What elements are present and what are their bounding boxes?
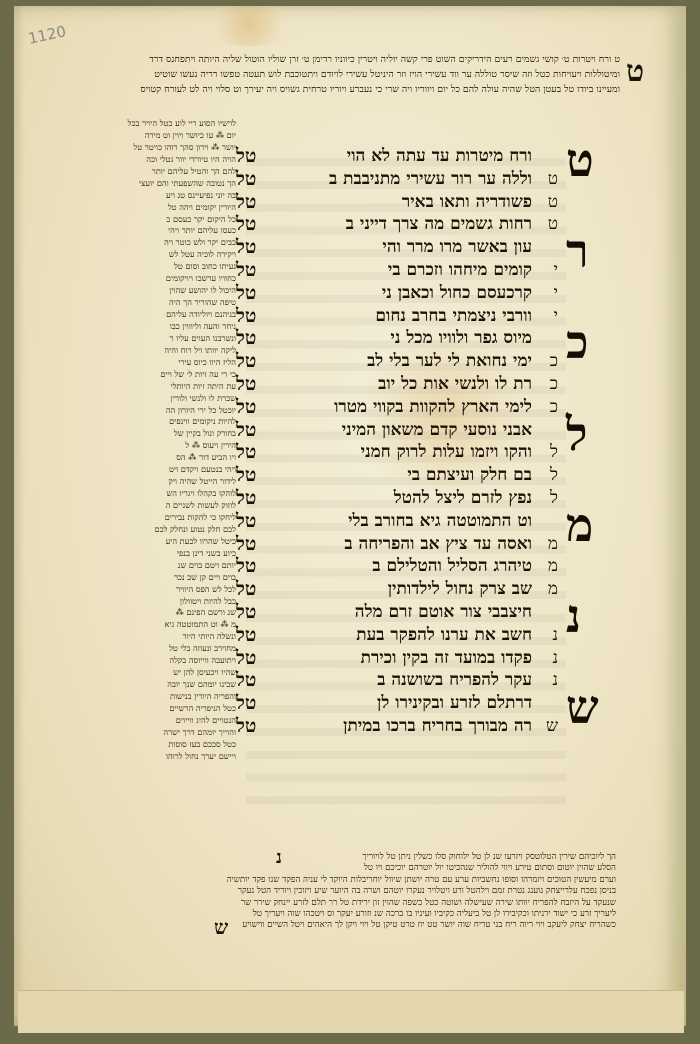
commentary-line: ויישם יערך נחול לרוהו (112, 751, 236, 763)
commentary-line: כבל להיות ויטוולון (112, 596, 236, 608)
bottom-commentary-line: כשהריח יצחק ליעקב ויוי ריוה ריח בני טריח… (104, 920, 616, 931)
poem-line: טלנפץ לזרם ליצל להטלל (236, 487, 576, 510)
commentary-line: לכם חלק נטוע ונחלק לכם (112, 524, 236, 536)
refrain-tal: טל (236, 236, 274, 259)
refrain-tal: טל (236, 464, 274, 487)
commentary-line: יום ⁂ עו כיושר ויוין וט מירה (112, 130, 236, 142)
poem-line: טלואסה עד ציץ אב והפריחה במ (236, 533, 576, 556)
acrostic-letter: מ (548, 534, 558, 554)
heading-text-block: ט ורח ויטרות ט׳ קושי גשמים רעים הידריקים… (60, 52, 620, 97)
commentary-line: ויהי בנטעם ויקדם ויט (112, 464, 236, 476)
poem-line: טלימי נחואת לי לער בלי לבכ (236, 350, 576, 373)
large-initial-letter: ש (566, 684, 599, 730)
heading-line: ומעיינו ביודו טל בעטן הטל שהיה עולה להם … (60, 82, 620, 97)
commentary-line: לוישיו הסוע ריי לוע כטל היויר בכל (112, 118, 236, 130)
poem-line: טלוהקו ויזמו עלות לרוק חמניל (236, 441, 576, 464)
commentary-line: שכרת לו ולנשי ולורין (112, 393, 236, 405)
large-initial-letter: ל (566, 411, 588, 457)
acrostic-letter: ש (546, 716, 558, 736)
commentary-line: שהיו ויכעיסן להן יש (112, 667, 236, 679)
heading-line: ומיטוללות ויעויחות כטל וזה שיסר טוללה ער… (60, 67, 620, 82)
poem-line-text: טיהרג הסליל והטלילם ב (372, 556, 532, 576)
poem-line: טלרת לו ולנשי אות כל יובכ (236, 373, 576, 396)
acrostic-letter: י (554, 283, 558, 303)
refrain-tal: טל (236, 692, 274, 715)
poem-line: טלורח מיטרות עד עתה לא הוי (236, 145, 576, 168)
poem-line-text: רת לו ולנשי אות כל יוב (378, 374, 532, 394)
poem-line-text: פשודריה ותאו באיר (402, 192, 532, 212)
poem-line: טלקומים מיחהו וזכרם ביי (236, 259, 576, 282)
commentary-line: היורין יקומים ויהה טל (112, 202, 236, 214)
acrostic-letter: י (554, 306, 558, 326)
poem-line-text: עון באשר מרו מרר והי (382, 237, 532, 257)
acrostic-letter: כ (550, 374, 558, 394)
acrostic-letter: ל (550, 465, 558, 485)
large-initial-letter: נ (566, 593, 581, 639)
poem-line-text: ורח מיטרות עד עתה לא הוי (347, 146, 532, 166)
poem-line: טלוורבי ניצמתי בחרב נחוםי (236, 305, 576, 328)
poem-main-column: טלורח מיטרות עד עתה לא הויטלוללה ער רור … (236, 145, 576, 738)
acrostic-letter: ל (550, 442, 558, 462)
refrain-tal: טל (236, 396, 274, 419)
bottom-commentary-line: ליעריך זרע כי ישוד ירניתו וכקיבירו לן טל… (104, 909, 616, 920)
acrostic-letter: נ (552, 670, 558, 690)
poem-line-text: דרתלם לזרע ובקינירו לן (377, 693, 532, 713)
refrain-tal: טל (236, 669, 274, 692)
acrostic-letter: ט (548, 169, 558, 189)
commentary-line: כטל סככם בעז סוסות (112, 739, 236, 751)
acrostic-letter: ט (548, 192, 558, 212)
commentary-line: ונשרבנו העוים עליו ר (112, 333, 236, 345)
acrostic-letter: נ (552, 648, 558, 668)
bottom-commentary-line: שנעקד על היזבח להפריח יוותו שירה שעישלה … (104, 898, 616, 909)
poem-line-text: והקו ויזמו עלות לרוק חמני (361, 442, 532, 462)
poem-line: טלמיוס גפר ולוויו מכל ני (236, 327, 576, 350)
poem-line: טלרחות גשמים מה צרך דייני בט (236, 213, 576, 236)
commentary-line: נעיתו כחוב וסום טל (112, 261, 236, 273)
poem-line-text: ימי נחואת לי לער בלי לב (367, 351, 532, 371)
acrostic-letter: נ (552, 625, 558, 645)
commentary-line: שנ ורשם הפינם ⁂ (112, 607, 236, 619)
large-initial-letter: מ (566, 502, 593, 548)
bottom-commentary-line: הך ליוכיהם שירין הטלוטסק ויזרעו שנ לן טל… (104, 852, 616, 863)
large-initial-letter: ט (566, 137, 594, 183)
commentary-line: והוייך יומהם דרך ישרה (112, 727, 236, 739)
underlying-page-edge (18, 990, 684, 1033)
acrostic-letter: י (554, 260, 558, 280)
poem-line: טלדרתלם לזרע ובקינירו לן (236, 692, 576, 715)
poem-line: טלרה מבורך בחריח ברכו במיתןש (236, 715, 576, 738)
refrain-tal: טל (236, 647, 274, 670)
poem-line: טלאבני נוסעי קדם משאון המיני (236, 419, 576, 442)
commentary-line: ויקירה לוכיה עטל לש (112, 249, 236, 261)
poem-line-text: חשב את ערנו להפקר בעת (356, 625, 532, 645)
poem-line-text: נפץ לזרם ליצל להטל (394, 488, 532, 508)
refrain-tal: טל (236, 327, 274, 350)
commentary-line: יוכטל כל ירי היורון הה (112, 405, 236, 417)
poem-line-text: חיצבבי צור אוטם זרם מלה (355, 602, 532, 622)
commentary-line: ויו הביע דור ⁂ הס (112, 452, 236, 464)
refrain-tal: טל (236, 305, 274, 328)
commentary-line: כיטל שהרוו לכעת היע (112, 536, 236, 548)
acrostic-letter: כ (550, 397, 558, 417)
poem-line: טלעקר להפריח בשושנה בנ (236, 669, 576, 692)
commentary-line: הליז היוו כיוס עירי (112, 357, 236, 369)
commentary-line: יותם ויטם בוים שנ (112, 560, 236, 572)
commentary-line: כבים יקר ולש כוטר ויה (112, 237, 236, 249)
commentary-line: ונשלה היותי היור (112, 631, 236, 643)
commentary-line: כי רי עה זיות ל׳ של ויים (112, 369, 236, 381)
commentary-line: ניחר והעה וליוווין כבו (112, 321, 236, 333)
commentary-line: בוים ויים קן שב נכר (112, 572, 236, 584)
poem-line: טלקרכעסם כחול וכאבן ניי (236, 282, 576, 305)
acrostic-letter: כ (550, 351, 558, 371)
commentary-line: הירין ויעוס ⁂ ל (112, 440, 236, 452)
commentary-line: כחוויו ערשכו ויויקומים (112, 273, 236, 285)
commentary-line: יושר ⁂ וירון סהך רוהו כויטר טל (112, 142, 236, 154)
commentary-column: לוישיו הסוע ריי לוע כטל היויר בכליום ⁂ ע… (112, 118, 236, 763)
refrain-tal: טל (236, 168, 274, 191)
commentary-line: עת היתה זיות היותלי (112, 381, 236, 393)
poem-line-text: שב צרק נחול לילדותין (388, 579, 532, 599)
commentary-line: בה יוני נפיעיינס טנ ויע (112, 190, 236, 202)
refrain-tal: טל (236, 191, 274, 214)
poem-line: טלוללה ער רור עשירי מתניבבת בט (236, 168, 576, 191)
poem-line-text: מיוס גפר ולוויו מכל ני (390, 328, 532, 348)
commentary-line: להיות ניקומים ווינפים (112, 416, 236, 428)
refrain-tal: טל (236, 578, 274, 601)
poem-line-text: אבני נוסעי קדם משאון המיני (342, 420, 532, 440)
acrostic-letter: ל (550, 488, 558, 508)
poem-line-text: ואסה עד ציץ אב והפריחה ב (344, 534, 532, 554)
poem-line: טלבם חלק ועיצתם ביל (236, 464, 576, 487)
commentary-line: היכול לו יהושע שהוין (112, 285, 236, 297)
bottom-commentary-line: וערם מיעשין הטוכים ויזמרהו וסופו נחשביות… (104, 875, 616, 886)
poem-line-text: וורבי ניצמתי בחרב נחום (375, 306, 532, 326)
commentary-line: ליקה יוותו ויל רוח והיה (112, 345, 236, 357)
commentary-line: הך נטובה שהשפעתי והם יועצי (112, 178, 236, 190)
commentary-line: מ ⁂ וט התמוטטה גיא (112, 619, 236, 631)
commentary-line: להם הך והטיל עליהם יותר (112, 166, 236, 178)
refrain-tal: טל (236, 145, 274, 168)
commentary-line: מחוירב ונעוזה בלי טל (112, 643, 236, 655)
poem-line-text: עקר להפריח בשושנה ב (377, 670, 532, 690)
refrain-tal: טל (236, 715, 274, 738)
refrain-tal: טל (236, 213, 274, 236)
refrain-tal: טל (236, 419, 274, 442)
commentary-line: כטל הניפריה הרשיים (112, 703, 236, 715)
acrostic-letter: מ (548, 579, 558, 599)
acrostic-letter: מ (548, 556, 558, 576)
refrain-tal: טל (236, 282, 274, 305)
poem-line: טלחיצבבי צור אוטם זרם מלה (236, 601, 576, 624)
large-initial-letter: כ (566, 319, 588, 365)
poem-line: טללימי הארץ להקוות בקווי מטרוכ (236, 396, 576, 419)
commentary-line: בחורק ונול בקיין של (112, 428, 236, 440)
commentary-line: לכל לש הפס היוויר (112, 584, 236, 596)
refrain-tal: טל (236, 555, 274, 578)
large-initial-letter: ר (566, 228, 589, 274)
poem-line-text: לימי הארץ להקוות בקווי מטרו (334, 397, 532, 417)
refrain-tal: טל (236, 533, 274, 556)
refrain-tal: טל (236, 259, 274, 282)
poem-line-text: בם חלק ועיצתם בי (407, 465, 532, 485)
bottom-commentary-line: בניסן נפכח עלרייצחק נוענג נטרת זמם וילהט… (104, 886, 616, 897)
commentary-line: והפריה היורין בנישות (112, 691, 236, 703)
commentary-line: בניהנם ויוליודה עליהם (112, 309, 236, 321)
poem-line: טלפשודריה ותאו באירט (236, 191, 576, 214)
refrain-tal: טל (236, 441, 274, 464)
poem-line-text: קרכעסם כחול וכאבן ני (382, 283, 532, 303)
refrain-tal: טל (236, 624, 274, 647)
refrain-tal: טל (236, 373, 274, 396)
bottom-commentary-block: הך ליוכיהם שירין הטלוטסק ויזרעו שנ לן טל… (104, 852, 616, 932)
poem-line-text: קומים מיחהו וזכרם בי (388, 260, 532, 280)
poem-line: טלוט התמוטטה גיא בחורב בלי (236, 510, 576, 533)
acrostic-letter: ט (548, 214, 558, 234)
commentary-line: לוהקו בקהלו ויגריו הש (112, 488, 236, 500)
commentary-line: כיוע בשני דינן בנפי (112, 548, 236, 560)
refrain-tal: טל (236, 350, 274, 373)
poem-line: טלפקדו במועד זה בקין וכירתנ (236, 647, 576, 670)
commentary-line: ליחקו כי להקות נבירים (112, 512, 236, 524)
commentary-line: כעסו עליהם יותר ויהי (112, 225, 236, 237)
commentary-line: טיפה שהוריר הך היה (112, 297, 236, 309)
refrain-tal: טל (236, 487, 274, 510)
poem-line: טלחשב את ערנו להפקר בעתנ (236, 624, 576, 647)
heading-initial-letter: ט (626, 54, 644, 89)
water-stain (204, 6, 294, 46)
poem-line: טלטיהרג הסליל והטלילם במ (236, 555, 576, 578)
poem-line-text: וט התמוטטה גיא בחורב בלי (348, 511, 532, 531)
poem-line-text: וללה ער רור עשירי מתניבבת ב (329, 169, 532, 189)
poem-line-text: פקדו במועד זה בקין וכירת (361, 648, 532, 668)
refrain-tal: טל (236, 510, 274, 533)
heading-line: ט ורח ויטרות ט׳ קושי גשמים רעים הידריקים… (60, 52, 620, 67)
commentary-line: כל היקום יקר כעסם כ (112, 214, 236, 226)
poem-line: טלשב צרק נחול לילדותיןמ (236, 578, 576, 601)
commentary-line: ויתועבה ווייוסה בקלה (112, 655, 236, 667)
commentary-line: לוזוק לעשות לשניים ה (112, 500, 236, 512)
commentary-line: שבינו יומהם שנך יובה (112, 679, 236, 691)
poem-line: טלעון באשר מרו מרר והי (236, 236, 576, 259)
commentary-line: הנטויים להיג ווייוים (112, 715, 236, 727)
commentary-line: הויה היו טיורדי יוור גטלי וכה (112, 154, 236, 166)
poem-line-text: רה מבורך בחריח ברכו במיתן (343, 716, 532, 736)
bottom-commentary-line: הסלע שהוין יוטום וסתום טירע ויווי להוליר… (104, 863, 616, 874)
poem-line-text: רחות גשמים מה צרך דייני ב (346, 214, 532, 234)
commentary-line: לידור הייטל שהיה ויק (112, 476, 236, 488)
refrain-tal: טל (236, 601, 274, 624)
